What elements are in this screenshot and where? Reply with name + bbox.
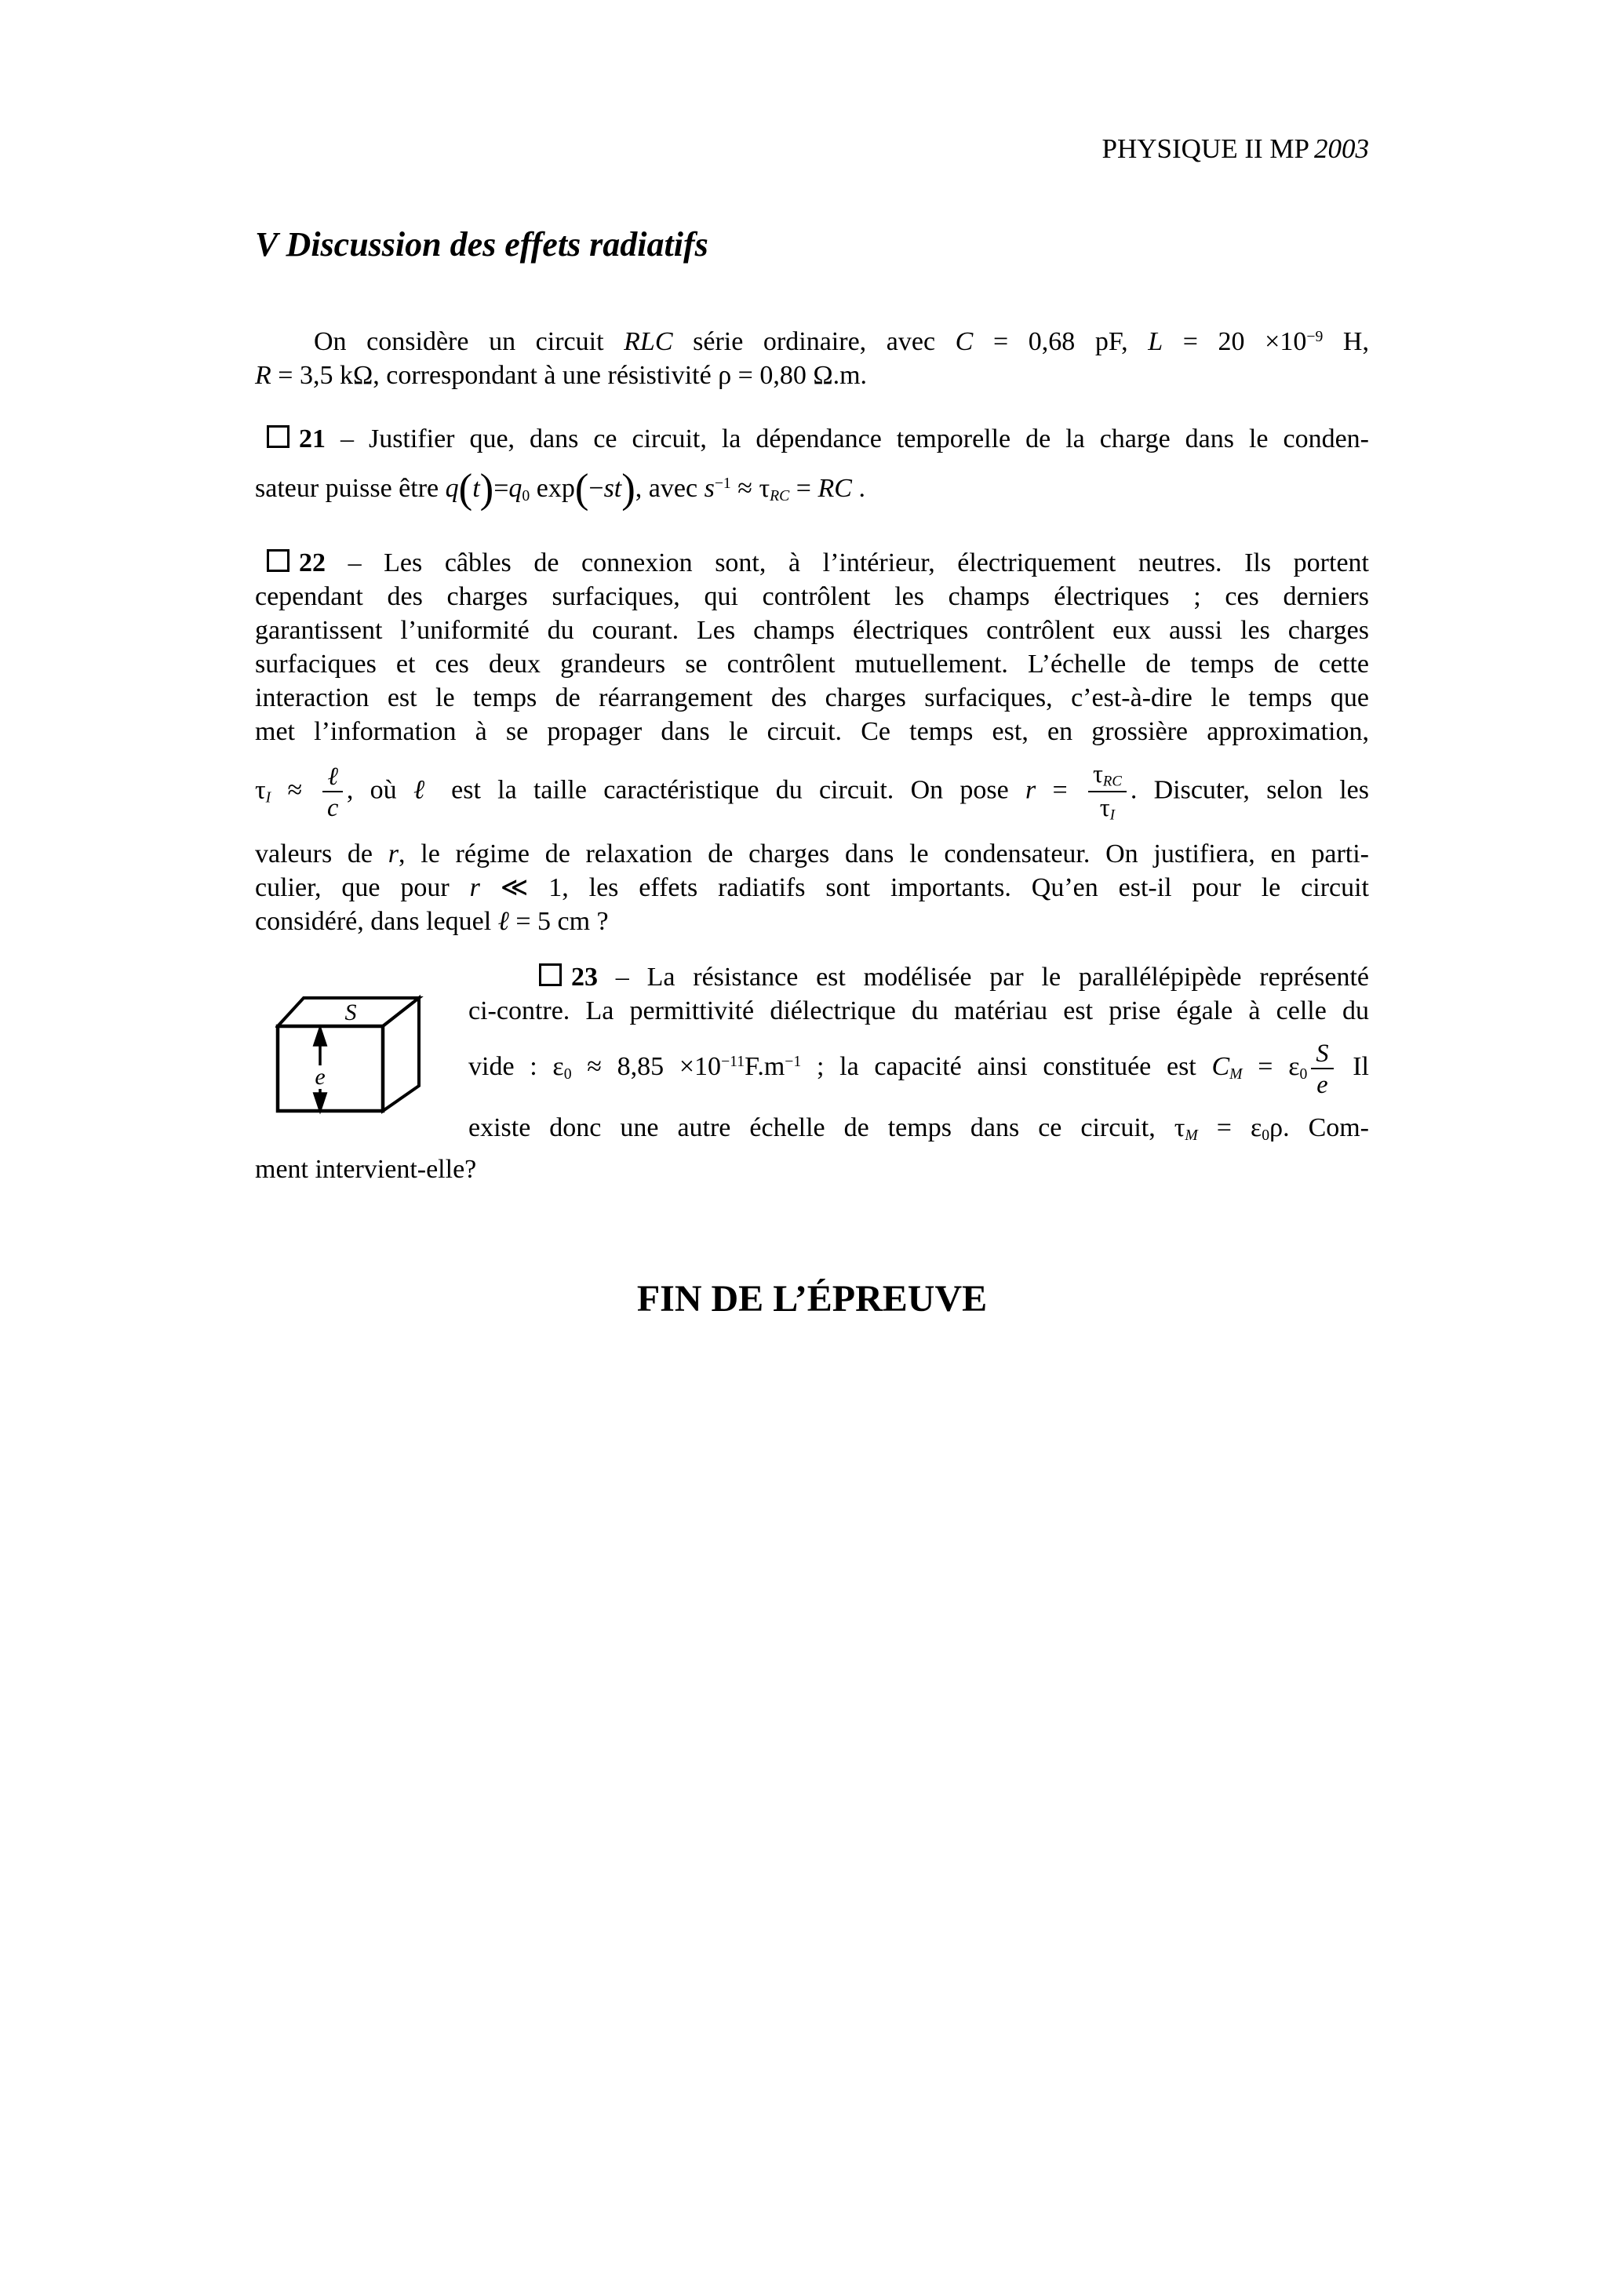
question-21: 21 – Justifier que, dans ce circuit, la … [255,422,1369,526]
checkbox-icon [539,963,562,986]
text-run: ℓ [413,775,435,804]
text-line: 22 – Les câbles de connexion sont, à l’i… [255,546,1369,580]
fraction-numerator: ℓ [322,762,342,792]
end-of-exam-label: FIN DE L’ÉPREUVE [255,1279,1369,1320]
text-run: ) [480,466,494,512]
text-run: cependant des charges surfaciques, qui c… [255,582,1369,611]
question-23-last-line: ment intervient-elle? [255,1152,1369,1186]
text-run: r [470,873,480,902]
page-header: PHYSIQUE II MP2003 [255,133,1369,165]
text-run: 0 [564,1065,572,1083]
text-run: r [388,839,399,868]
question-23-text: 23 – La résistance est modélisée par le … [468,960,1369,1152]
parallelepiped-drawing: S e [275,993,428,1119]
text-run: garantissent l’uniformité du courant. Le… [255,616,1369,645]
text-run: culier, que pour [255,873,470,902]
text-run: L [1148,327,1163,356]
text-run: M [1185,1127,1197,1144]
text-run: ( [575,466,589,512]
question-22: 22 – Les câbles de connexion sont, à l’i… [255,546,1369,938]
text-line: existe donc une autre échelle de temps d… [468,1111,1369,1152]
text-run: C [1211,1052,1229,1081]
text-line: τI ≈ ℓc, où ℓ est la taille caractéristi… [255,748,1369,837]
text-run: – Justifier que, dans ce circuit, la dép… [326,424,1369,453]
text-run: , le régime de relaxation de charges dan… [399,839,1369,868]
text-run: ( [459,466,473,512]
text-run: τ [1100,793,1110,821]
text-run: ) [621,466,635,512]
text-run: valeurs de [255,839,388,868]
fraction-numerator: τRC [1088,759,1127,793]
text-run: q [508,474,522,503]
document-page: PHYSIQUE II MP2003 V Discussion des effe… [0,0,1624,2294]
text-line: cependant des charges surfaciques, qui c… [255,580,1369,614]
text-run: est la taille caractéristique du circuit… [435,775,1025,804]
text-run: ≪ 1, les effets radiatifs sont important… [480,873,1369,902]
text-run: = ε [1243,1052,1300,1081]
text-run: surfaciques et ces deux grandeurs se con… [255,650,1369,679]
text-run: st [604,474,622,503]
text-run: ρ. Com- [1269,1113,1369,1142]
text-run: série ordinaire, avec [673,327,956,356]
fraction: ℓc [322,762,342,821]
text-line: valeurs de r, le régime de relaxation de… [255,837,1369,871]
text-run: τ [255,775,266,804]
section-title: V Discussion des effets radiatifs [255,226,1369,264]
text-run: exp [530,474,575,503]
fraction: τRCτI [1088,759,1127,825]
text-run: I [1110,807,1115,824]
text-run: M [1229,1065,1242,1083]
thickness-label: e [315,1064,325,1090]
fraction-denominator: τI [1100,792,1115,825]
text-run: On considère un circuit [314,327,624,356]
text-run: 0 [522,487,530,504]
text-run: ℓ [327,762,337,790]
text-run: Il [1338,1052,1370,1081]
text-run: = 20 ×10 [1163,327,1306,356]
text-run: RC [770,487,789,504]
text-run: = 0,68 pF, [973,327,1148,356]
text-run: = 5 cm ? [509,907,609,936]
text-run: , avec [635,474,705,503]
text-run: 22 [299,548,326,577]
text-run: t [472,474,479,503]
fraction: Se [1311,1039,1333,1098]
text-run: ℓ [498,907,509,936]
text-line: surfaciques et ces deux grandeurs se con… [255,647,1369,681]
text-run: interaction est le temps de réarrangemen… [255,683,1369,712]
text-run: −9 [1306,328,1323,345]
text-run: ≈ 8,85 ×10 [572,1052,722,1081]
text-run: C [956,327,974,356]
fraction-numerator: S [1311,1039,1333,1069]
text-run: e [1316,1070,1327,1098]
text-line: vide : ε0 ≈ 8,85 ×10−11F.m−1 ; la capaci… [468,1028,1369,1111]
text-run: ment intervient-elle? [255,1155,476,1184]
text-run: s [705,474,715,503]
text-run: − [588,474,603,503]
text-run: . [852,474,865,503]
text-run: = [1036,775,1084,804]
text-line: met l’information à se propager dans le … [255,715,1369,748]
text-run: c [327,793,338,821]
question-23: S e 23 – La résistance est modélisée par… [255,960,1369,1186]
text-run: sateur puisse être [255,474,446,503]
text-line: R = 3,5 kΩ, correspondant à une résistiv… [255,359,1369,392]
text-run: . Discuter, selon les [1131,775,1369,804]
text-run: = [789,474,817,503]
text-run: τ [1093,759,1103,788]
text-line: considéré, dans lequel ℓ = 5 cm ? [255,905,1369,938]
surface-label: S [345,1000,357,1025]
text-run: vide : ε [468,1052,564,1081]
text-run: F.m [745,1052,785,1081]
intro-paragraph: On considère un circuit RLC série ordina… [255,320,1369,392]
header-course: PHYSIQUE II MP [1102,133,1309,164]
text-line: 23 – La résistance est modélisée par le … [468,960,1369,994]
text-line: ment intervient-elle? [255,1152,1369,1186]
text-line: sateur puisse être q(t)=q0 exp(−st), ave… [255,456,1369,526]
text-run: met l’information à se propager dans le … [255,717,1369,746]
text-run: −1 [715,475,731,492]
fraction-denominator: c [327,792,338,821]
text-run: = 3,5 kΩ, correspondant à une résistivit… [271,361,867,390]
text-run: S [1316,1039,1328,1067]
text-run: 0 [1262,1127,1269,1144]
text-run: 21 [299,424,326,453]
text-run: ≈ τ [731,474,770,503]
text-line: On considère un circuit RLC série ordina… [255,320,1369,359]
checkbox-icon [267,425,289,448]
text-run: 23 [571,963,598,992]
text-run: 0 [1299,1065,1307,1083]
text-run: H, [1323,327,1369,356]
text-run: ; la capacité ainsi constituée est [801,1052,1211,1081]
box-front-face [278,1026,383,1111]
text-run: ≈ [271,775,319,804]
fraction-denominator: e [1316,1069,1327,1098]
text-run: , où [347,775,413,804]
text-run: q [446,474,459,503]
text-line: culier, que pour r ≪ 1, les effets radia… [255,871,1369,905]
text-run: RC [1103,773,1122,789]
text-run: r [1025,775,1036,804]
checkbox-icon [267,549,289,572]
text-run: = ε [1198,1113,1262,1142]
text-run: RLC [624,327,672,356]
text-run: considéré, dans lequel [255,907,498,936]
text-run: = [493,474,508,503]
text-run: ci-contre. La permittivité diélectrique … [468,996,1369,1025]
text-run: – La résistance est modélisée par le par… [598,963,1369,992]
text-line: ci-contre. La permittivité diélectrique … [468,994,1369,1028]
text-line: interaction est le temps de réarrangemen… [255,681,1369,715]
text-run: RC [817,474,851,503]
text-run: existe donc une autre échelle de temps d… [468,1113,1185,1142]
text-run: −1 [785,1053,801,1070]
resistor-parallelepiped-figure: S e [255,960,468,1152]
header-year: 2003 [1314,133,1369,164]
text-run: R [255,361,271,390]
text-run: −11 [721,1053,745,1070]
text-line: 21 – Justifier que, dans ce circuit, la … [255,422,1369,456]
text-line: garantissent l’uniformité du courant. Le… [255,614,1369,647]
text-run: – Les câbles de connexion sont, à l’inté… [326,548,1369,577]
